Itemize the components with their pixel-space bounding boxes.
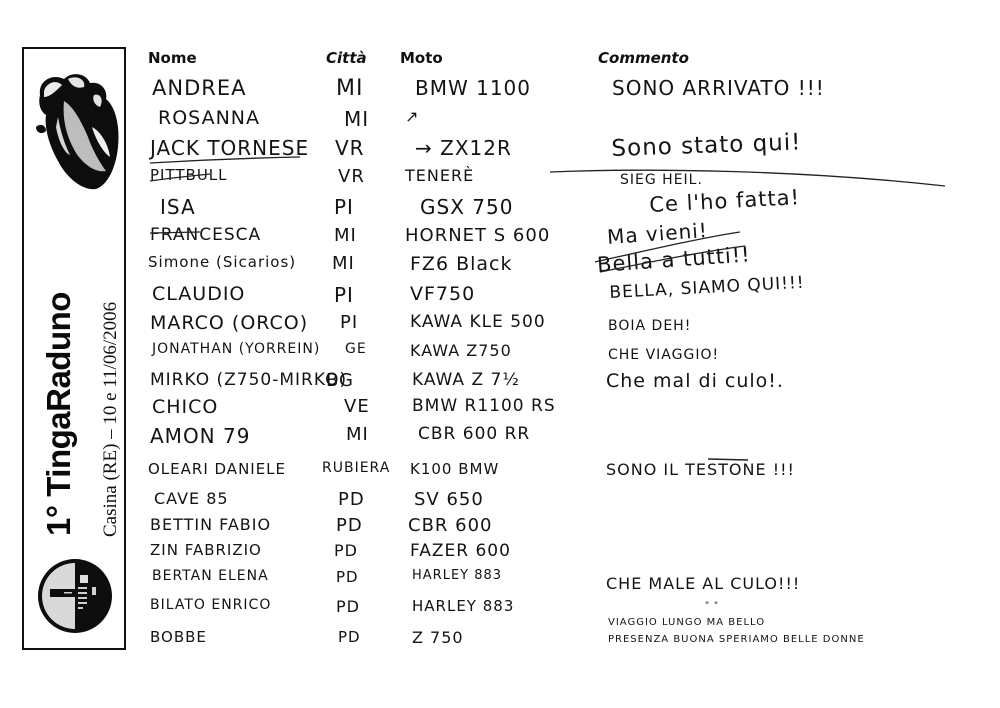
row-comment: BOIA DEH!	[608, 318, 691, 334]
row-moto: SV 650	[414, 489, 484, 510]
row-name: ISA	[160, 195, 196, 219]
row-name: BETTIN FABIO	[150, 515, 271, 534]
ditto-mark: " "	[705, 601, 719, 611]
row-name: ZIN FABRIZIO	[150, 541, 262, 559]
row-moto: CBR 600	[408, 515, 493, 536]
row-moto: HARLEY 883	[412, 568, 502, 583]
row-moto: BMW 1100	[415, 76, 531, 100]
row-comment: VIAGGIO LUNGO MA BELLO	[608, 617, 765, 628]
row-name: JACK TORNESE	[150, 136, 309, 160]
row-name: FRANCESCA	[150, 225, 261, 245]
row-city: MI	[334, 225, 357, 246]
row-moto: KAWA KLE 500	[410, 312, 546, 332]
row-city: VR	[338, 166, 365, 187]
row-moto: CBR 600 RR	[418, 424, 530, 444]
row-comment: Ce l'ho fatta!	[649, 185, 801, 217]
row-moto: ↗	[405, 107, 419, 126]
row-comment: CHE VIAGGIO!	[608, 347, 719, 363]
row-city: BG	[326, 370, 354, 391]
row-moto: TENERÈ	[405, 166, 474, 185]
row-city: VR	[335, 136, 365, 160]
column-header-city: Città	[326, 49, 367, 67]
row-comment: PRESENZA BUONA SPERIAMO BELLE DONNE	[608, 634, 865, 645]
row-comment: CHE MALE AL CULO!!!	[606, 574, 800, 593]
row-city: PI	[334, 283, 354, 307]
row-city: VE	[344, 396, 370, 417]
row-name: CAVE 85	[154, 489, 229, 508]
row-name: Simone (Sicarios)	[148, 253, 296, 271]
row-moto: Z 750	[412, 628, 464, 647]
column-header-comment: Commento	[598, 49, 689, 67]
row-name: ANDREA	[152, 76, 246, 100]
row-name: BILATO ENRICO	[150, 597, 271, 613]
row-moto: HORNET S 600	[405, 225, 550, 246]
row-city: GE	[345, 341, 367, 357]
row-city: PD	[338, 489, 365, 510]
row-moto: KAWA Z 7½	[412, 370, 520, 390]
row-city: PD	[336, 568, 359, 586]
row-city: MI	[346, 424, 369, 445]
row-city: MI	[332, 253, 355, 274]
row-city: PD	[338, 628, 361, 646]
row-name: PITTBULL	[150, 166, 228, 184]
row-comment: SONO IL TESTONE !!!	[606, 460, 795, 479]
row-city: PD	[336, 597, 360, 616]
row-comment: BELLA, SIAMO QUI!!!	[609, 273, 805, 303]
row-moto: FZ6 Black	[410, 253, 512, 275]
row-name: JONATHAN (YORREIN)	[152, 341, 320, 357]
row-city: PD	[334, 541, 358, 560]
row-city: MI	[336, 76, 363, 101]
column-header-name: Nome	[148, 49, 197, 67]
column-header-moto: Moto	[400, 49, 443, 67]
row-comment: Che mal di culo!.	[606, 370, 784, 392]
event-title: 1° TingaRaduno	[42, 292, 75, 536]
row-moto: FAZER 600	[410, 541, 511, 561]
row-name: BERTAN ELENA	[152, 568, 269, 584]
row-moto: GSX 750	[420, 195, 513, 219]
row-moto: VF750	[410, 283, 475, 305]
row-name: CLAUDIO	[152, 283, 245, 305]
row-moto: KAWA Z750	[410, 341, 512, 360]
row-name: OLEARI DANIELE	[148, 460, 286, 478]
row-city: PD	[336, 515, 363, 536]
row-comment: SONO ARRIVATO !!!	[612, 76, 825, 100]
row-name: MIRKO (Z750-MIRKO)	[150, 370, 347, 390]
event-banner: 1° TingaRaduno Casina (RE) – 10 e 11/06/…	[22, 47, 126, 650]
pointing-hand-badge-icon	[36, 557, 114, 635]
row-moto: → ZX12R	[415, 136, 512, 160]
row-name: ROSANNA	[158, 107, 260, 129]
row-city: PI	[340, 312, 358, 333]
row-name: BOBBE	[150, 628, 207, 646]
row-comment: Sono stato qui!	[611, 129, 802, 162]
row-moto: HARLEY 883	[412, 597, 514, 615]
row-comment: Ma vieni!	[606, 218, 708, 249]
row-comment: SIEG HEIL.	[620, 172, 703, 188]
event-location-date: Casina (RE) – 10 e 11/06/2006	[101, 302, 120, 537]
row-name: CHICO	[152, 396, 218, 418]
row-city: RUBIERA	[322, 460, 390, 476]
row-moto: BMW R1100 RS	[412, 396, 556, 416]
row-name: MARCO (ORCO)	[150, 312, 308, 334]
row-moto: K100 BMW	[410, 460, 499, 478]
row-city: PI	[334, 195, 354, 219]
row-name: AMON 79	[150, 424, 250, 448]
row-city: MI	[344, 107, 369, 131]
